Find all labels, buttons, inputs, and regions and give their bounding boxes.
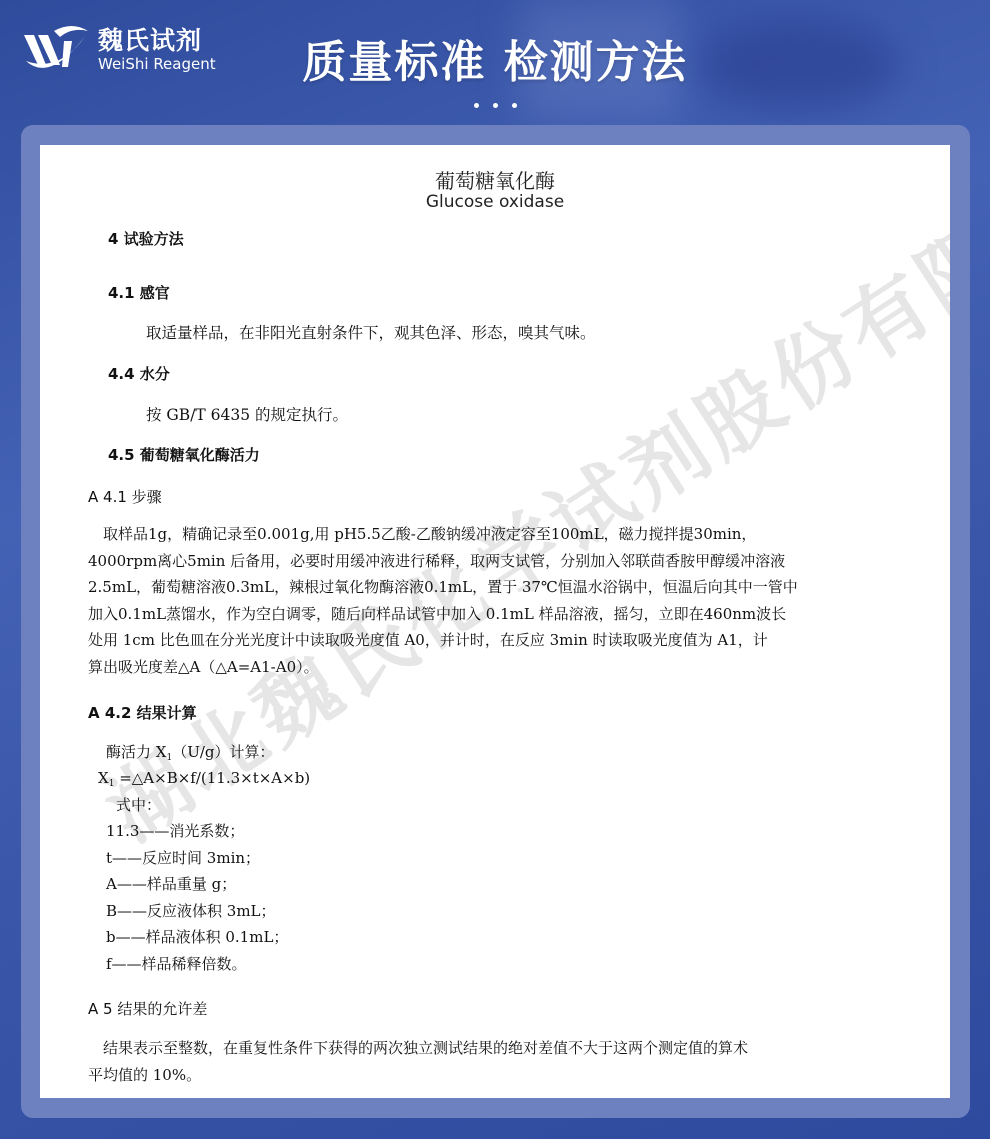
section-a5-paragraph: 结果表示至整数，在重复性条件下获得的两次独立测试结果的绝对差值不大于这两个测定值…: [88, 1035, 748, 1088]
variable-item: A——样品重量 g；: [106, 871, 288, 898]
paragraph-line: 2.5mL，葡萄糖溶液0.3mL，辣根过氧化物酶溶液0.1mL，置于 37℃恒温…: [88, 574, 798, 601]
section-4-1-text: 取适量样品，在非阳光直射条件下，观其色泽、形态，嗅其气味。: [146, 321, 596, 343]
variable-item: f——样品稀释倍数。: [106, 951, 288, 978]
section-4-4-heading: 4.4 水分: [108, 363, 170, 384]
title-dots-decoration: [0, 93, 990, 112]
section-4-heading: 4 试验方法: [108, 228, 184, 249]
section-4-1-heading: 4.1 感官: [108, 282, 170, 303]
document-title-en: Glucose oxidase: [40, 192, 950, 212]
paragraph-line: 加入0.1mL蒸馏水，作为空白调零，随后向样品试管中加入 0.1mL 样品溶液，…: [88, 601, 798, 628]
document-title-cn: 葡萄糖氧化酶: [40, 165, 950, 194]
paragraph-line: 处用 1cm 比色皿在分光光度计中读取吸光度值 A0，并计时，在反应 3min …: [88, 627, 798, 654]
variable-item: B——反应液体积 3mL；: [106, 898, 288, 925]
section-a4-1-paragraph: 取样品1g，精确记录至0.001g,用 pH5.5乙酸-乙酸钠缓冲液定容至100…: [88, 521, 798, 680]
page-title: 质量标准 检测方法: [0, 26, 990, 90]
variable-item: 11.3——消光系数；: [106, 818, 288, 845]
variable-item: b——样品液体积 0.1mL；: [106, 924, 288, 951]
variable-list: 11.3——消光系数； t——反应时间 3min； A——样品重量 g； B——…: [106, 818, 288, 977]
paragraph-line: 取样品1g，精确记录至0.001g,用 pH5.5乙酸-乙酸钠缓冲液定容至100…: [88, 521, 798, 548]
document-paper: 湖北魏氏化学试剂股份有限公司 葡萄糖氧化酶 Glucose oxidase 4 …: [40, 145, 950, 1098]
section-a4-2-heading: A 4.2 结果计算: [88, 702, 197, 723]
paragraph-line: 结果表示至整数，在重复性条件下获得的两次独立测试结果的绝对差值不大于这两个测定值…: [88, 1035, 748, 1062]
section-a4-1-heading: A 4.1 步骤: [88, 486, 162, 507]
paragraph-line: 算出吸光度差△A（△A=A1-A0）。: [88, 654, 798, 681]
section-4-4-text: 按 GB/T 6435 的规定执行。: [146, 403, 348, 425]
section-4-5-heading: 4.5 葡萄糖氧化酶活力: [108, 444, 260, 465]
section-a5-heading: A 5 结果的允许差: [88, 998, 207, 1019]
formula-where-label: 式中：: [116, 792, 161, 819]
paragraph-line: 4000rpm离心5min 后备用，必要时用缓冲液进行稀释，取两支试管，分别加入…: [88, 548, 798, 575]
header: 魏氏试剂 WeiShi Reagent 质量标准 检测方法: [0, 0, 990, 120]
variable-item: t——反应时间 3min；: [106, 845, 288, 872]
paragraph-line: 平均值的 10%。: [88, 1062, 748, 1089]
